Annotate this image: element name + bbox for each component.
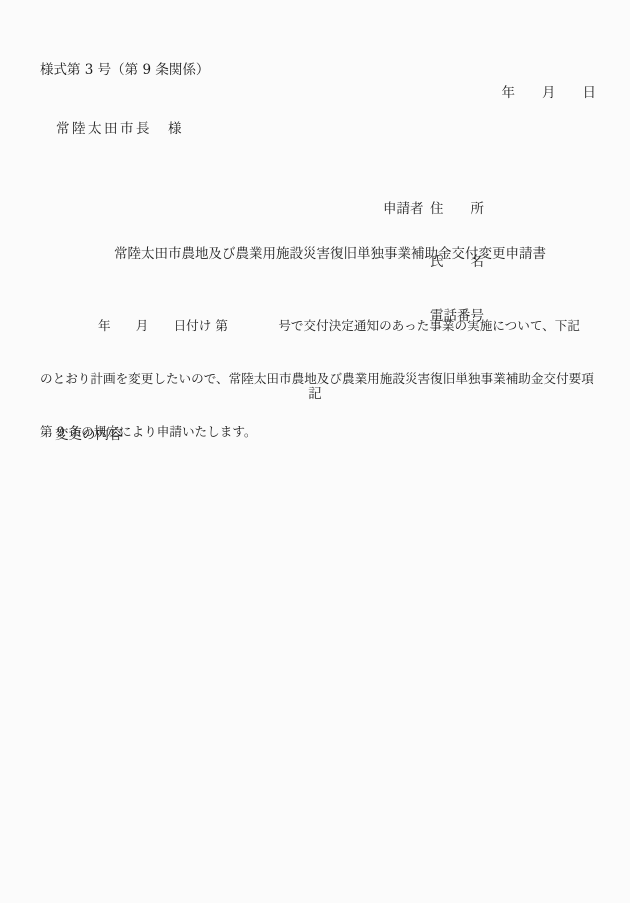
section-label: 変更の内容: [55, 427, 123, 443]
addressee: 常陸太田市長 様: [56, 121, 184, 137]
body-paragraph: 年 月 日付け 第 号で交付決定通知のあった事業の実施について、下記 のとおり計…: [40, 283, 600, 474]
body-line: 年 月 日付け 第 号で交付決定通知のあった事業の実施について、下記: [40, 315, 600, 336]
applicant-address-label: 住 所: [430, 199, 484, 220]
form-number: 様式第 3 号（第 9 条関係）: [40, 62, 209, 78]
applicant-row-address: 申請者 住 所: [383, 199, 484, 220]
body-line: 第 9 条の規定により申請いたします。: [40, 421, 600, 442]
applicant-label: 申請者: [383, 199, 425, 220]
document-page: 様式第 3 号（第 9 条関係） 年 月 日 常陸太田市長 様 申請者 住 所 …: [0, 0, 630, 903]
date-placeholder: 年 月 日: [502, 85, 597, 101]
record-marker: 記: [0, 386, 630, 402]
document-title: 常陸太田市農地及び農業用施設災害復旧単独事業補助金交付変更申請書: [0, 246, 630, 262]
